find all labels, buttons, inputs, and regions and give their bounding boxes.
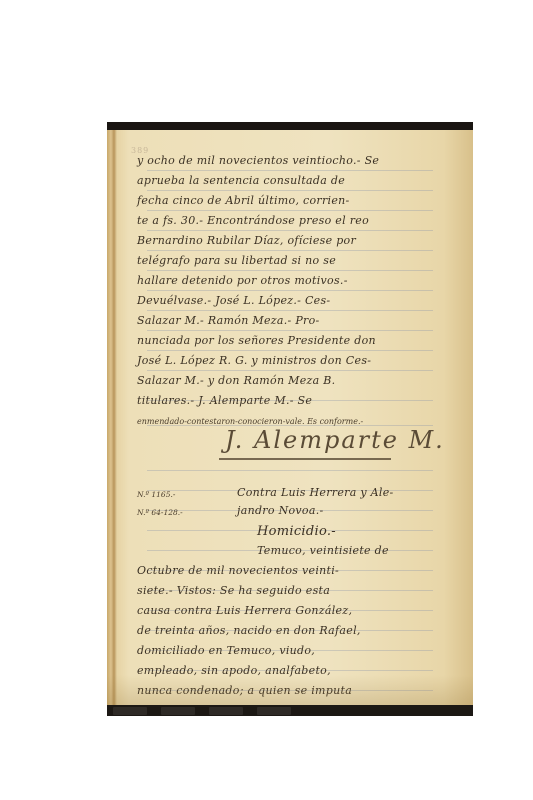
- ruled-line: [147, 290, 433, 291]
- handwritten-line: fecha cinco de Abril último, corrien-: [137, 194, 350, 207]
- case-reference: N.º 64-128.-: [137, 508, 183, 517]
- handwritten-line: telégrafo para su libertad si no se: [137, 254, 336, 267]
- handwritten-line: José L. López R. G. y ministros don Ces-: [137, 354, 371, 367]
- case-number: N.º 1165.-: [137, 490, 175, 499]
- handwritten-line: siete.- Vistos: Se ha seguido esta: [137, 584, 330, 597]
- case-subject: Homicidio.-: [257, 524, 336, 539]
- handwritten-line: domiciliado en Temuco, viudo,: [137, 644, 315, 657]
- ruled-line: [147, 190, 433, 191]
- handwritten-line: Salazar M.- Ramón Meza.- Pro-: [137, 314, 320, 327]
- scan-tab: [161, 707, 195, 715]
- handwritten-line: Devuélvase.- José L. López.- Ces-: [137, 294, 330, 307]
- ruled-line: [147, 470, 433, 471]
- handwritten-line: Salazar M.- y don Ramón Meza B.: [137, 374, 335, 387]
- ruled-line: [147, 210, 433, 211]
- amendment-note: enmendado-contestaron-conocieron-vale. E…: [137, 417, 363, 426]
- ruled-line: [147, 170, 433, 171]
- ledger-page: 389 y ocho de mil novecientos veintiocho…: [107, 130, 473, 705]
- scan-tab: [257, 707, 291, 715]
- handwritten-line: causa contra Luis Herrera González,: [137, 604, 352, 617]
- scan-tab-strip: [107, 705, 473, 716]
- handwritten-line: empleado, sin apodo, analfabeto,: [137, 664, 331, 677]
- ruled-line: [147, 330, 433, 331]
- handwritten-line: nunca condenado; a quien se imputa: [137, 684, 352, 697]
- handwritten-line: aprueba la sentencia consultada de: [137, 174, 345, 187]
- ruled-line: [147, 310, 433, 311]
- signature: J. Alemparte M.: [225, 426, 445, 454]
- handwritten-line: titulares.- J. Alemparte M.- Se: [137, 394, 312, 407]
- handwritten-line: Bernardino Rubilar Díaz, ofíciese por: [137, 234, 356, 247]
- ruled-line: [147, 370, 433, 371]
- handwritten-line: te a fs. 30.- Encontrándose preso el reo: [137, 214, 369, 227]
- handwritten-line: nunciada por los señores Presidente don: [137, 334, 376, 347]
- case-caption: jandro Novoa.-: [237, 504, 324, 517]
- scan-tab: [209, 707, 243, 715]
- ruled-line: [147, 690, 433, 691]
- case-caption: Contra Luis Herrera y Ale-: [237, 486, 394, 499]
- ruled-line: [147, 350, 433, 351]
- ruled-line: [147, 250, 433, 251]
- ruled-line: [147, 230, 433, 231]
- signature-underline: [219, 458, 391, 460]
- handwritten-line: y ocho de mil novecientos veintiocho.- S…: [137, 154, 379, 167]
- scan-tab: [113, 707, 147, 715]
- handwritten-line: de treinta años, nacido en don Rafael,: [137, 624, 361, 637]
- handwritten-line: Temuco, veintisiete de: [257, 544, 389, 557]
- document-scan: 389 y ocho de mil novecientos veintiocho…: [107, 122, 473, 716]
- handwritten-line: Octubre de mil novecientos veinti-: [137, 564, 339, 577]
- ruled-line: [147, 270, 433, 271]
- handwritten-line: hallare detenido por otros motivos.-: [137, 274, 348, 287]
